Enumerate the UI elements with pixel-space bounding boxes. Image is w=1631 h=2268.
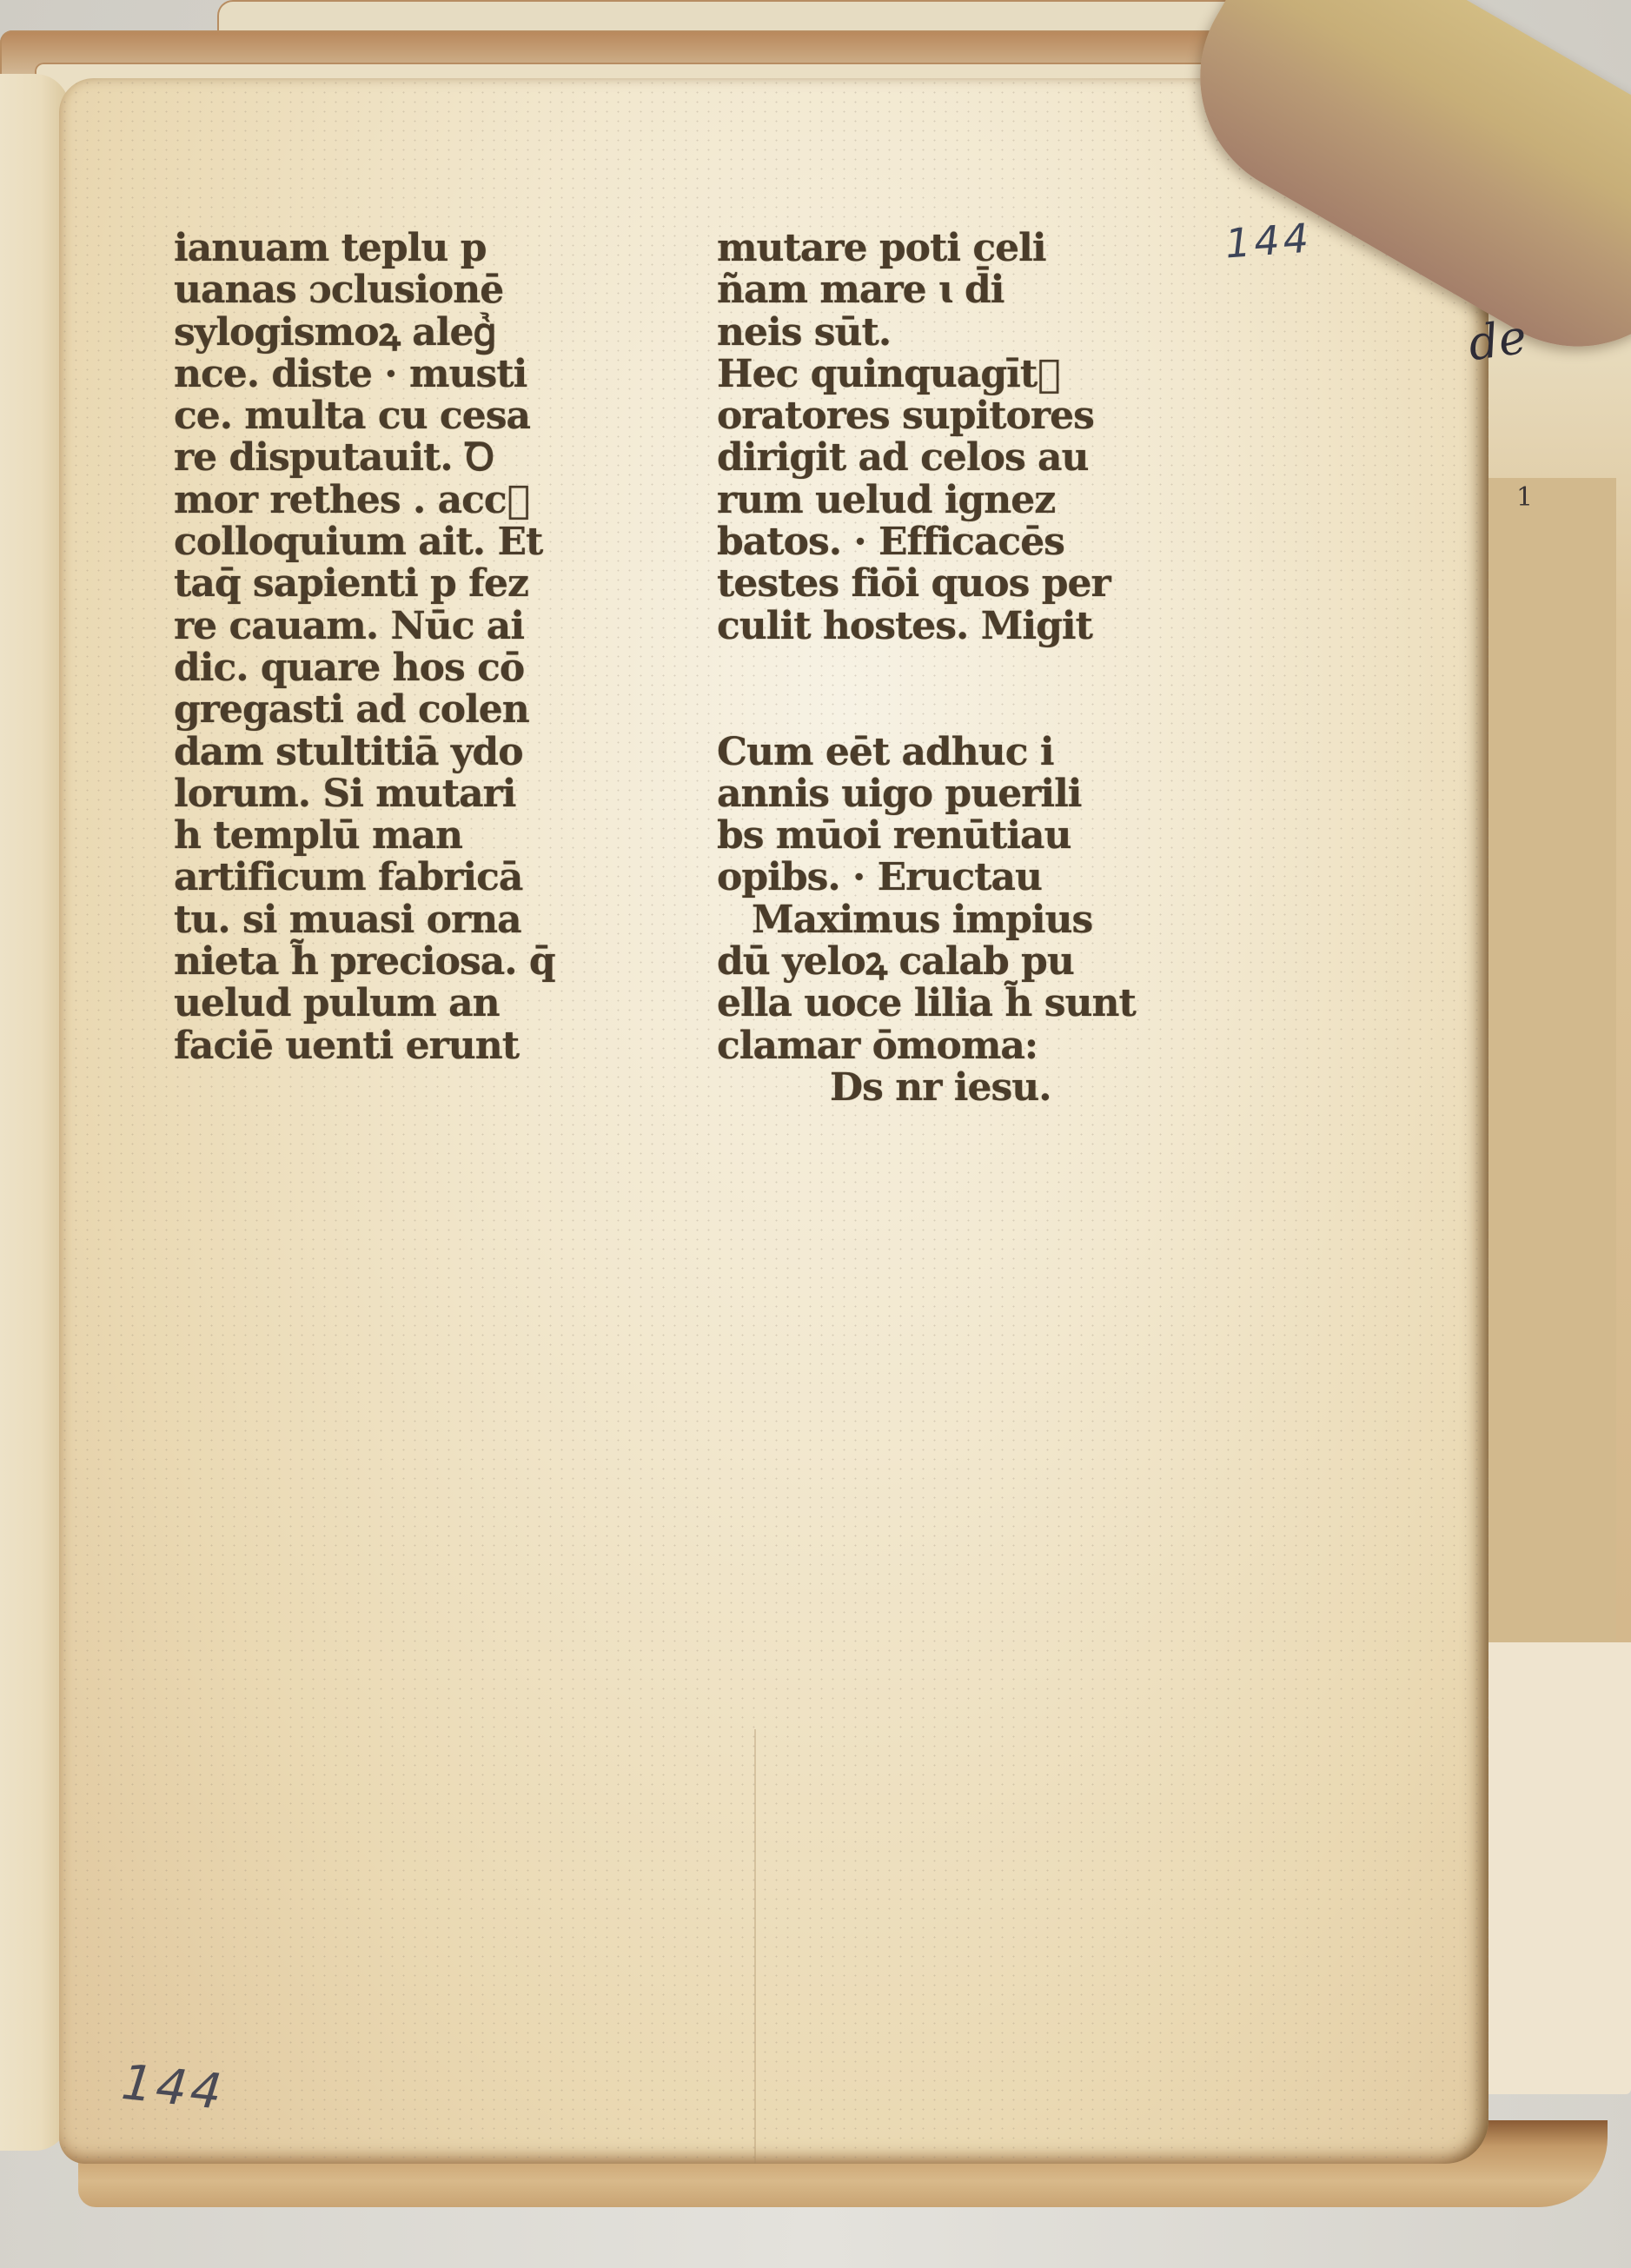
- text-line: Cum eēt adhuc i: [717, 732, 1169, 773]
- text-column-left: ianuam teplu p uanas ɔclusionē sylogismo…: [174, 228, 660, 1067]
- text-line: artificum fabricā: [174, 857, 660, 899]
- text-line: ianuam teplu p: [174, 228, 660, 269]
- text-line: nce. diste · musti: [174, 354, 660, 395]
- side-sheet: [1477, 478, 1616, 1642]
- folio-number-bottom: 144: [119, 2054, 228, 2121]
- blank-line: [717, 647, 1169, 732]
- text-line: ñam mare ɩ d̄i: [717, 269, 1169, 311]
- side-sheet-mark: 1: [1516, 482, 1533, 513]
- side-sheet: [1482, 1642, 1631, 2094]
- text-line: clamar ōmoma:: [717, 1025, 1169, 1067]
- text-line: colloquium ait. Et: [174, 521, 660, 563]
- text-line: dic. quare hos cō: [174, 647, 660, 689]
- text-line: taq̄ sapienti p fez: [174, 563, 660, 605]
- text-line: uelud pulum an: [174, 983, 660, 1025]
- text-line: Maximus impius: [717, 899, 1169, 941]
- text-line: sylogismoꝝ alegᷣ: [174, 312, 660, 354]
- text-line: ce. multa cu cesa: [174, 395, 660, 437]
- text-line: uanas ɔclusionē: [174, 269, 660, 311]
- text-line: annis uigo puerili: [717, 773, 1169, 815]
- text-line: rum uelud ignez: [717, 480, 1169, 521]
- text-line: opibs. · Eructau: [717, 857, 1169, 899]
- text-line: Ds nr iesu.: [717, 1067, 1169, 1109]
- text-line: re cauam. Nūc ai: [174, 606, 660, 647]
- text-line: oratores supitores: [717, 395, 1169, 437]
- text-line: faciē uenti erunt: [174, 1025, 660, 1067]
- text-line: Hec quinquagītᷓ: [717, 354, 1169, 395]
- text-line: dirigit ad celos au: [717, 437, 1169, 479]
- text-line: testes fiōi quos per: [717, 563, 1169, 605]
- text-line: h templū man: [174, 815, 660, 857]
- text-line: re disputauit. Ꝺ: [174, 437, 660, 479]
- text-line: gregasti ad colen: [174, 689, 660, 731]
- text-line: mutare poti celi: [717, 228, 1169, 269]
- text-line: tu. si muasi orna: [174, 899, 660, 941]
- text-column-right: mutare poti celi ñam mare ɩ d̄i neis sūt…: [717, 228, 1169, 1109]
- text-line: neis sūt.: [717, 312, 1169, 354]
- text-line: ella uoce lilia h̃ sunt: [717, 983, 1169, 1025]
- text-line: nieta h̃ preciosa. q̄: [174, 941, 660, 983]
- text-line: lorum. Si mutari: [174, 773, 660, 815]
- text-line: dam stultitiā ydo: [174, 732, 660, 773]
- text-line: mor rethes . accᷣ: [174, 480, 660, 521]
- folio-number-top: 144: [1223, 215, 1313, 268]
- text-line: dū yeloꝝ calab pu: [717, 941, 1169, 983]
- margin-note: de: [1465, 309, 1530, 372]
- page-crease: [754, 1729, 756, 2164]
- text-line: bs mūoi renūtiau: [717, 815, 1169, 857]
- text-line: batos. · Efficacēs: [717, 521, 1169, 563]
- text-line: culit hostes. Migit: [717, 606, 1169, 647]
